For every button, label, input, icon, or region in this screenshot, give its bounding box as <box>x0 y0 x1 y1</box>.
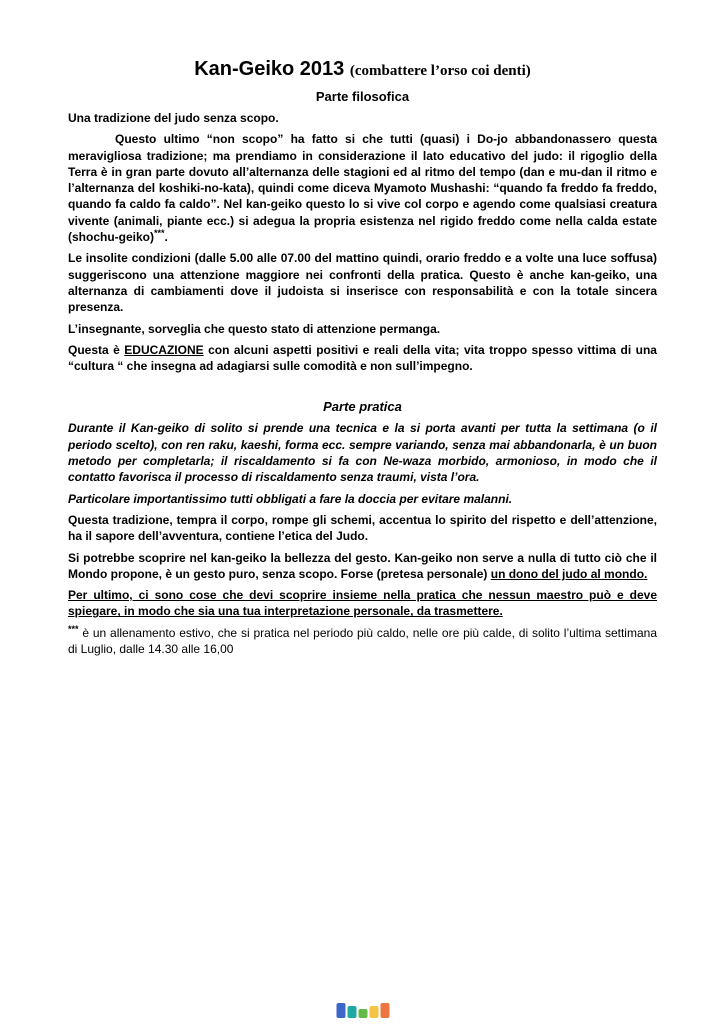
page-title-main: Kan-Geiko 2013 <box>194 58 344 80</box>
gift-underlined: un dono del judo al mondo. <box>491 567 648 581</box>
document-page: Kan-Geiko 2013 (combattere l’orso coi de… <box>0 0 725 1024</box>
logo-bar <box>347 1006 356 1018</box>
section-heading-pratica: Parte pratica <box>68 399 657 415</box>
page-title: Kan-Geiko 2013 (combattere l’orso coi de… <box>68 56 657 84</box>
practice-paragraph: Durante il Kan-geiko di solito si prende… <box>68 420 657 485</box>
studylib-logo[interactable] <box>336 1001 389 1018</box>
logo-bar <box>358 1009 367 1018</box>
intro-line: Una tradizione del judo senza scopo. <box>68 110 657 126</box>
education-pre: Questa è <box>68 343 124 357</box>
logo-bar <box>336 1003 345 1018</box>
education-underlined: EDUCAZIONE <box>124 343 203 357</box>
page-title-annotation: (combattere l’orso coi denti) <box>350 63 531 79</box>
education-paragraph: Questa è EDUCAZIONE con alcuni aspetti p… <box>68 342 657 375</box>
gift-paragraph: Si potrebbe scoprire nel kan-geiko la be… <box>68 550 657 583</box>
teacher-line: L’insegnante, sorveglia che questo stato… <box>68 321 657 337</box>
shower-line: Particolare importantissimo tutti obblig… <box>68 491 657 507</box>
philosophy-paragraph-main-tail: . <box>165 230 168 244</box>
logo-bar <box>369 1006 378 1018</box>
logo-bar <box>380 1003 389 1018</box>
section-heading-filosofica: Parte filosofica <box>68 89 657 105</box>
tradition-paragraph: Questa tradizione, tempra il corpo, romp… <box>68 512 657 545</box>
footnote-text: è un allenamento estivo, che si pratica … <box>68 626 657 656</box>
philosophy-paragraph-main: Questo ultimo “non scopo” ha fatto si ch… <box>68 131 657 245</box>
final-underlined-paragraph: Per ultimo, ci sono cose che devi scopri… <box>68 587 657 620</box>
footnote-marker-definition: *** <box>68 624 79 634</box>
footnote-marker: *** <box>154 228 165 238</box>
conditions-paragraph: Le insolite condizioni (dalle 5.00 alle … <box>68 250 657 315</box>
footnote-paragraph: *** è un allenamento estivo, che si prat… <box>68 625 657 658</box>
